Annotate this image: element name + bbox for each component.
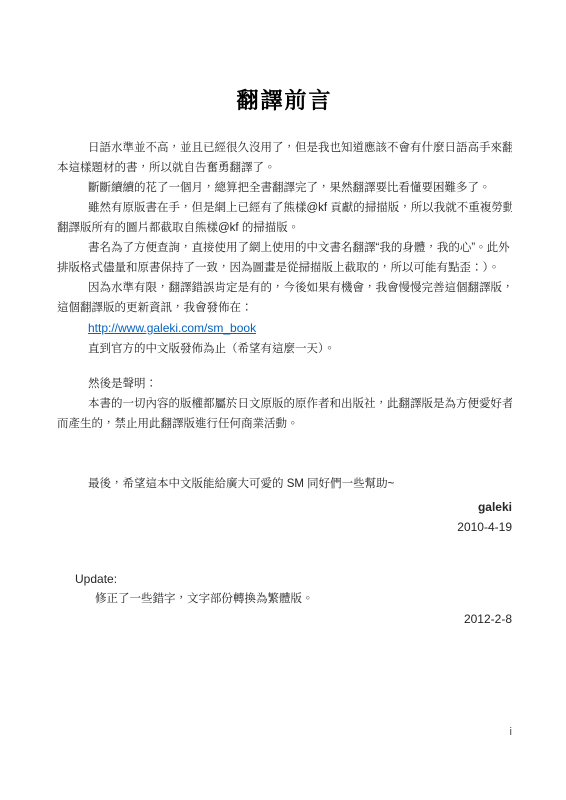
statement-line: 本書的一切內容的版權都屬於日文原版的原作者和出版社，此翻譯版是為方便愛好者交流	[57, 394, 512, 414]
statement-line: 而產生的，禁止用此翻譯版進行任何商業活動。	[57, 414, 512, 434]
page-title: 翻譯前言	[57, 86, 512, 116]
closing-line: 最後，希望這本中文版能給廣大可愛的 SM 同好們一些幫助~	[57, 474, 512, 494]
preface-line: 翻譯版所有的圖片都截取自熊樣@kf 的掃描版。	[57, 218, 512, 238]
preface-line: 日語水準並不高，並且已經很久沒用了，但是我也知道應該不會有什麼日語高手來翻譯一	[57, 138, 512, 158]
statement-heading: 然後是聲明：	[57, 374, 512, 394]
preface-line: 直到官方的中文版發佈為止（希望有這麼一天）。	[57, 339, 512, 359]
preface-line: 書名為了方便查詢，直接使用了網上使用的中文書名翻譯“我的身體，我的心”。此外，	[57, 238, 512, 258]
link-line: http://www.galeki.com/sm_book	[57, 318, 512, 339]
update-site-link[interactable]: http://www.galeki.com/sm_book	[88, 321, 256, 335]
update-date: 2012-2-8	[57, 609, 512, 629]
page-number: i	[510, 726, 512, 738]
signature-date: 2010-4-19	[57, 517, 512, 537]
preface-line: 斷斷續續的花了一個月，總算把全書翻譯完了，果然翻譯要比看懂要困難多了。	[57, 178, 512, 198]
preface-line: 因為水準有限，翻譯錯誤肯定是有的，今後如果有機會，我會慢慢完善這個翻譯版，有關	[57, 278, 512, 298]
preface-line: 本這樣題材的書，所以就自告奮勇翻譯了。	[57, 158, 512, 178]
update-label: Update:	[57, 569, 512, 589]
update-note: 修正了一些錯字，文字部份轉換為繁體版。	[57, 589, 512, 609]
preface-line: 雖然有原版書在手，但是網上已經有了熊樣@kf 貢獻的掃描版，所以我就不重複勞動了…	[57, 198, 512, 218]
preface-line: 這個翻譯版的更新資訊，我會發佈在：	[57, 298, 512, 318]
document-page: 翻譯前言 日語水準並不高，並且已經很久沒用了，但是我也知道應該不會有什麼日語高手…	[0, 0, 566, 629]
signature-name: galeki	[57, 497, 512, 517]
preface-line: 排版格式儘量和原書保持了一致，因為圖畫是從掃描版上截取的，所以可能有點歪：）。	[57, 258, 512, 278]
